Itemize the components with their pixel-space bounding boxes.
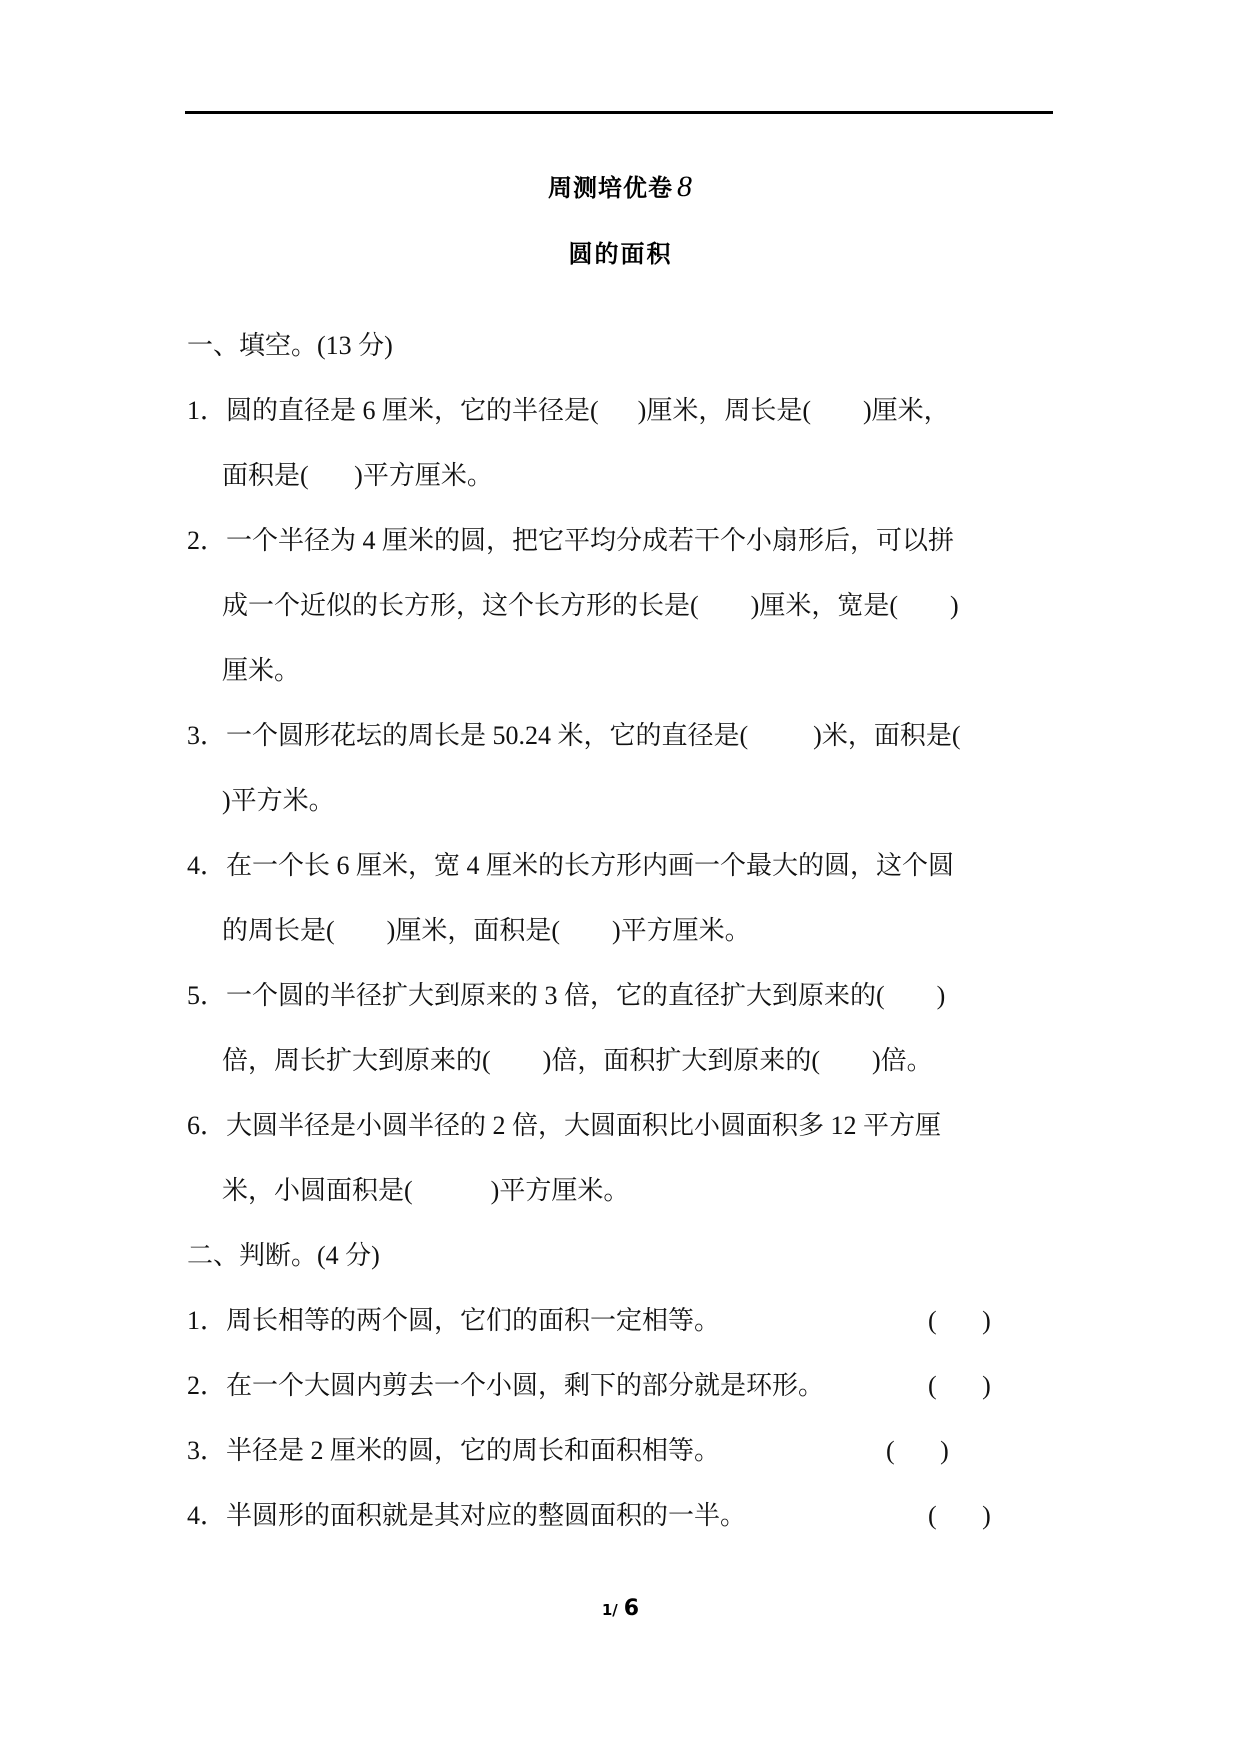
judgment-answer-blank[interactable]: ( ) xyxy=(928,1499,991,1533)
question-line: 倍，周长扩大到原来的( )倍，面积扩大到原来的( )倍。 xyxy=(222,1044,933,1078)
judgment-answer-blank[interactable]: ( ) xyxy=(928,1304,991,1338)
section-header-judgment: 二、判断。(4 分) xyxy=(187,1239,380,1273)
question-line: 4．在一个长 6 厘米，宽 4 厘米的长方形内画一个最大的圆，这个圆 xyxy=(187,849,954,883)
question-line: 厘米。 xyxy=(222,654,300,688)
judgment-answer-blank[interactable]: ( ) xyxy=(928,1369,991,1403)
judgment-item-text: 1．周长相等的两个圆，它们的面积一定相等。 xyxy=(187,1304,720,1338)
question-line: 1．圆的直径是 6 厘米，它的半径是( )厘米，周长是( )厘米， xyxy=(187,394,950,428)
total-pages: 6 xyxy=(624,1596,639,1621)
question-line: 米，小圆面积是( )平方厘米。 xyxy=(222,1174,629,1208)
section-header-fill-blank: 一、填空。(13 分) xyxy=(187,329,393,363)
title-number: 8 xyxy=(677,170,693,203)
question-line: 5．一个圆的半径扩大到原来的 3 倍，它的直径扩大到原来的( ) xyxy=(187,979,945,1013)
question-line: 成一个近似的长方形，这个长方形的长是( )厘米，宽是( ) xyxy=(222,589,959,623)
judgment-answer-blank[interactable]: ( ) xyxy=(886,1434,949,1468)
worksheet-title: 周测培优卷8 xyxy=(0,168,1241,204)
question-line: )平方米。 xyxy=(222,784,335,818)
current-page: 1/ xyxy=(602,1601,618,1619)
judgment-item-text: 4．半圆形的面积就是其对应的整圆面积的一半。 xyxy=(187,1499,746,1533)
question-line: 2．一个半径为 4 厘米的圆，把它平均分成若干个小扇形后，可以拼 xyxy=(187,524,954,558)
question-line: 6．大圆半径是小圆半径的 2 倍，大圆面积比小圆面积多 12 平方厘 xyxy=(187,1109,941,1143)
judgment-item-text: 3．半径是 2 厘米的圆，它的周长和面积相等。 xyxy=(187,1434,720,1468)
title-text: 周测培优卷 xyxy=(548,174,673,202)
question-line: 面积是( )平方厘米。 xyxy=(222,459,493,493)
worksheet-subtitle: 圆的面积 xyxy=(0,234,1241,269)
header-rule xyxy=(185,111,1053,114)
worksheet-page: 周测培优卷8 圆的面积 一、填空。(13 分) 1．圆的直径是 6 厘米，它的半… xyxy=(0,0,1241,1754)
judgment-item-text: 2．在一个大圆内剪去一个小圆，剩下的部分就是环形。 xyxy=(187,1369,824,1403)
page-number: 1/6 xyxy=(0,1596,1241,1621)
question-line: 的周长是( )厘米，面积是( )平方厘米。 xyxy=(222,914,751,948)
question-line: 3．一个圆形花坛的周长是 50.24 米，它的直径是( )米，面积是( xyxy=(187,719,960,753)
